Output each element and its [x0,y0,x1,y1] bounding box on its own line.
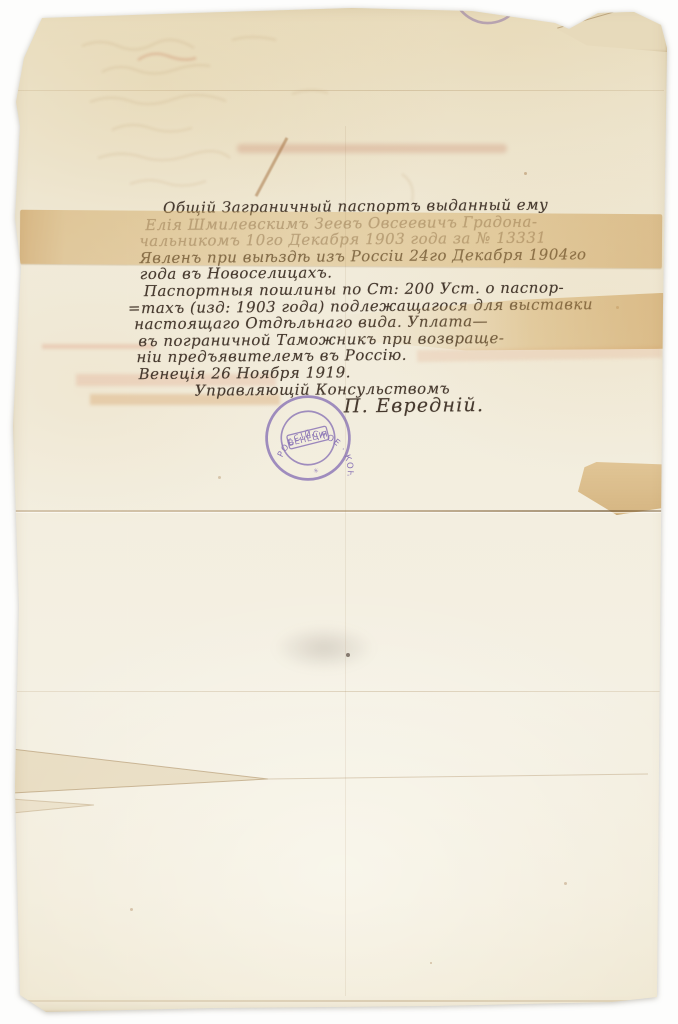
stamp-star-glyph: ✳ [313,466,320,475]
fold-crease-middle [12,510,664,512]
ink-speck-6 [430,962,432,964]
top-right-fold-flap [552,6,668,54]
fold-crease-top [12,90,664,91]
paper-sheet: Общій Заграничный паспортъ выданный ему … [12,6,668,1012]
handwritten-text-block: Общій Заграничный паспортъ выданный ему … [127,196,641,417]
tape-patch-right-edge [578,462,670,515]
ink-speck-7 [218,476,221,479]
svg-text:РОССІЙСКОЕ · КОНСУЛЬСТВО: РОССІЙСКОЕ · КОНСУЛЬСТВО [271,419,365,495]
red-smear-stain [237,144,507,153]
partial-stamp-top-edge: КОНС [438,0,538,38]
fold-crease-lower [12,691,664,692]
fold-crease-bottom [12,1000,664,1002]
gray-smudge-center [274,626,374,670]
left-fold-triangle [12,741,652,821]
paper-shadow-wrap: Общій Заграничный паспортъ выданный ему … [0,0,678,1024]
ink-speck-4 [564,882,567,885]
stamp-ring-text: РОССІЙСКОЕ · КОНСУЛЬСТВО [271,419,365,495]
ink-speck-5 [130,908,133,911]
ink-speck-1 [346,653,350,657]
stamp-center-text: ВЕНЕЦІЯ [287,429,329,449]
ink-speck-2 [524,172,527,175]
bleedthrough-marks [42,24,462,204]
vertical-crease [345,126,346,996]
top-right-fold-crease [557,8,625,28]
scanned-document: Общій Заграничный паспортъ выданный ему … [0,0,678,1024]
signature: П. Евредній. [344,396,641,415]
scratch-mark [255,137,289,197]
